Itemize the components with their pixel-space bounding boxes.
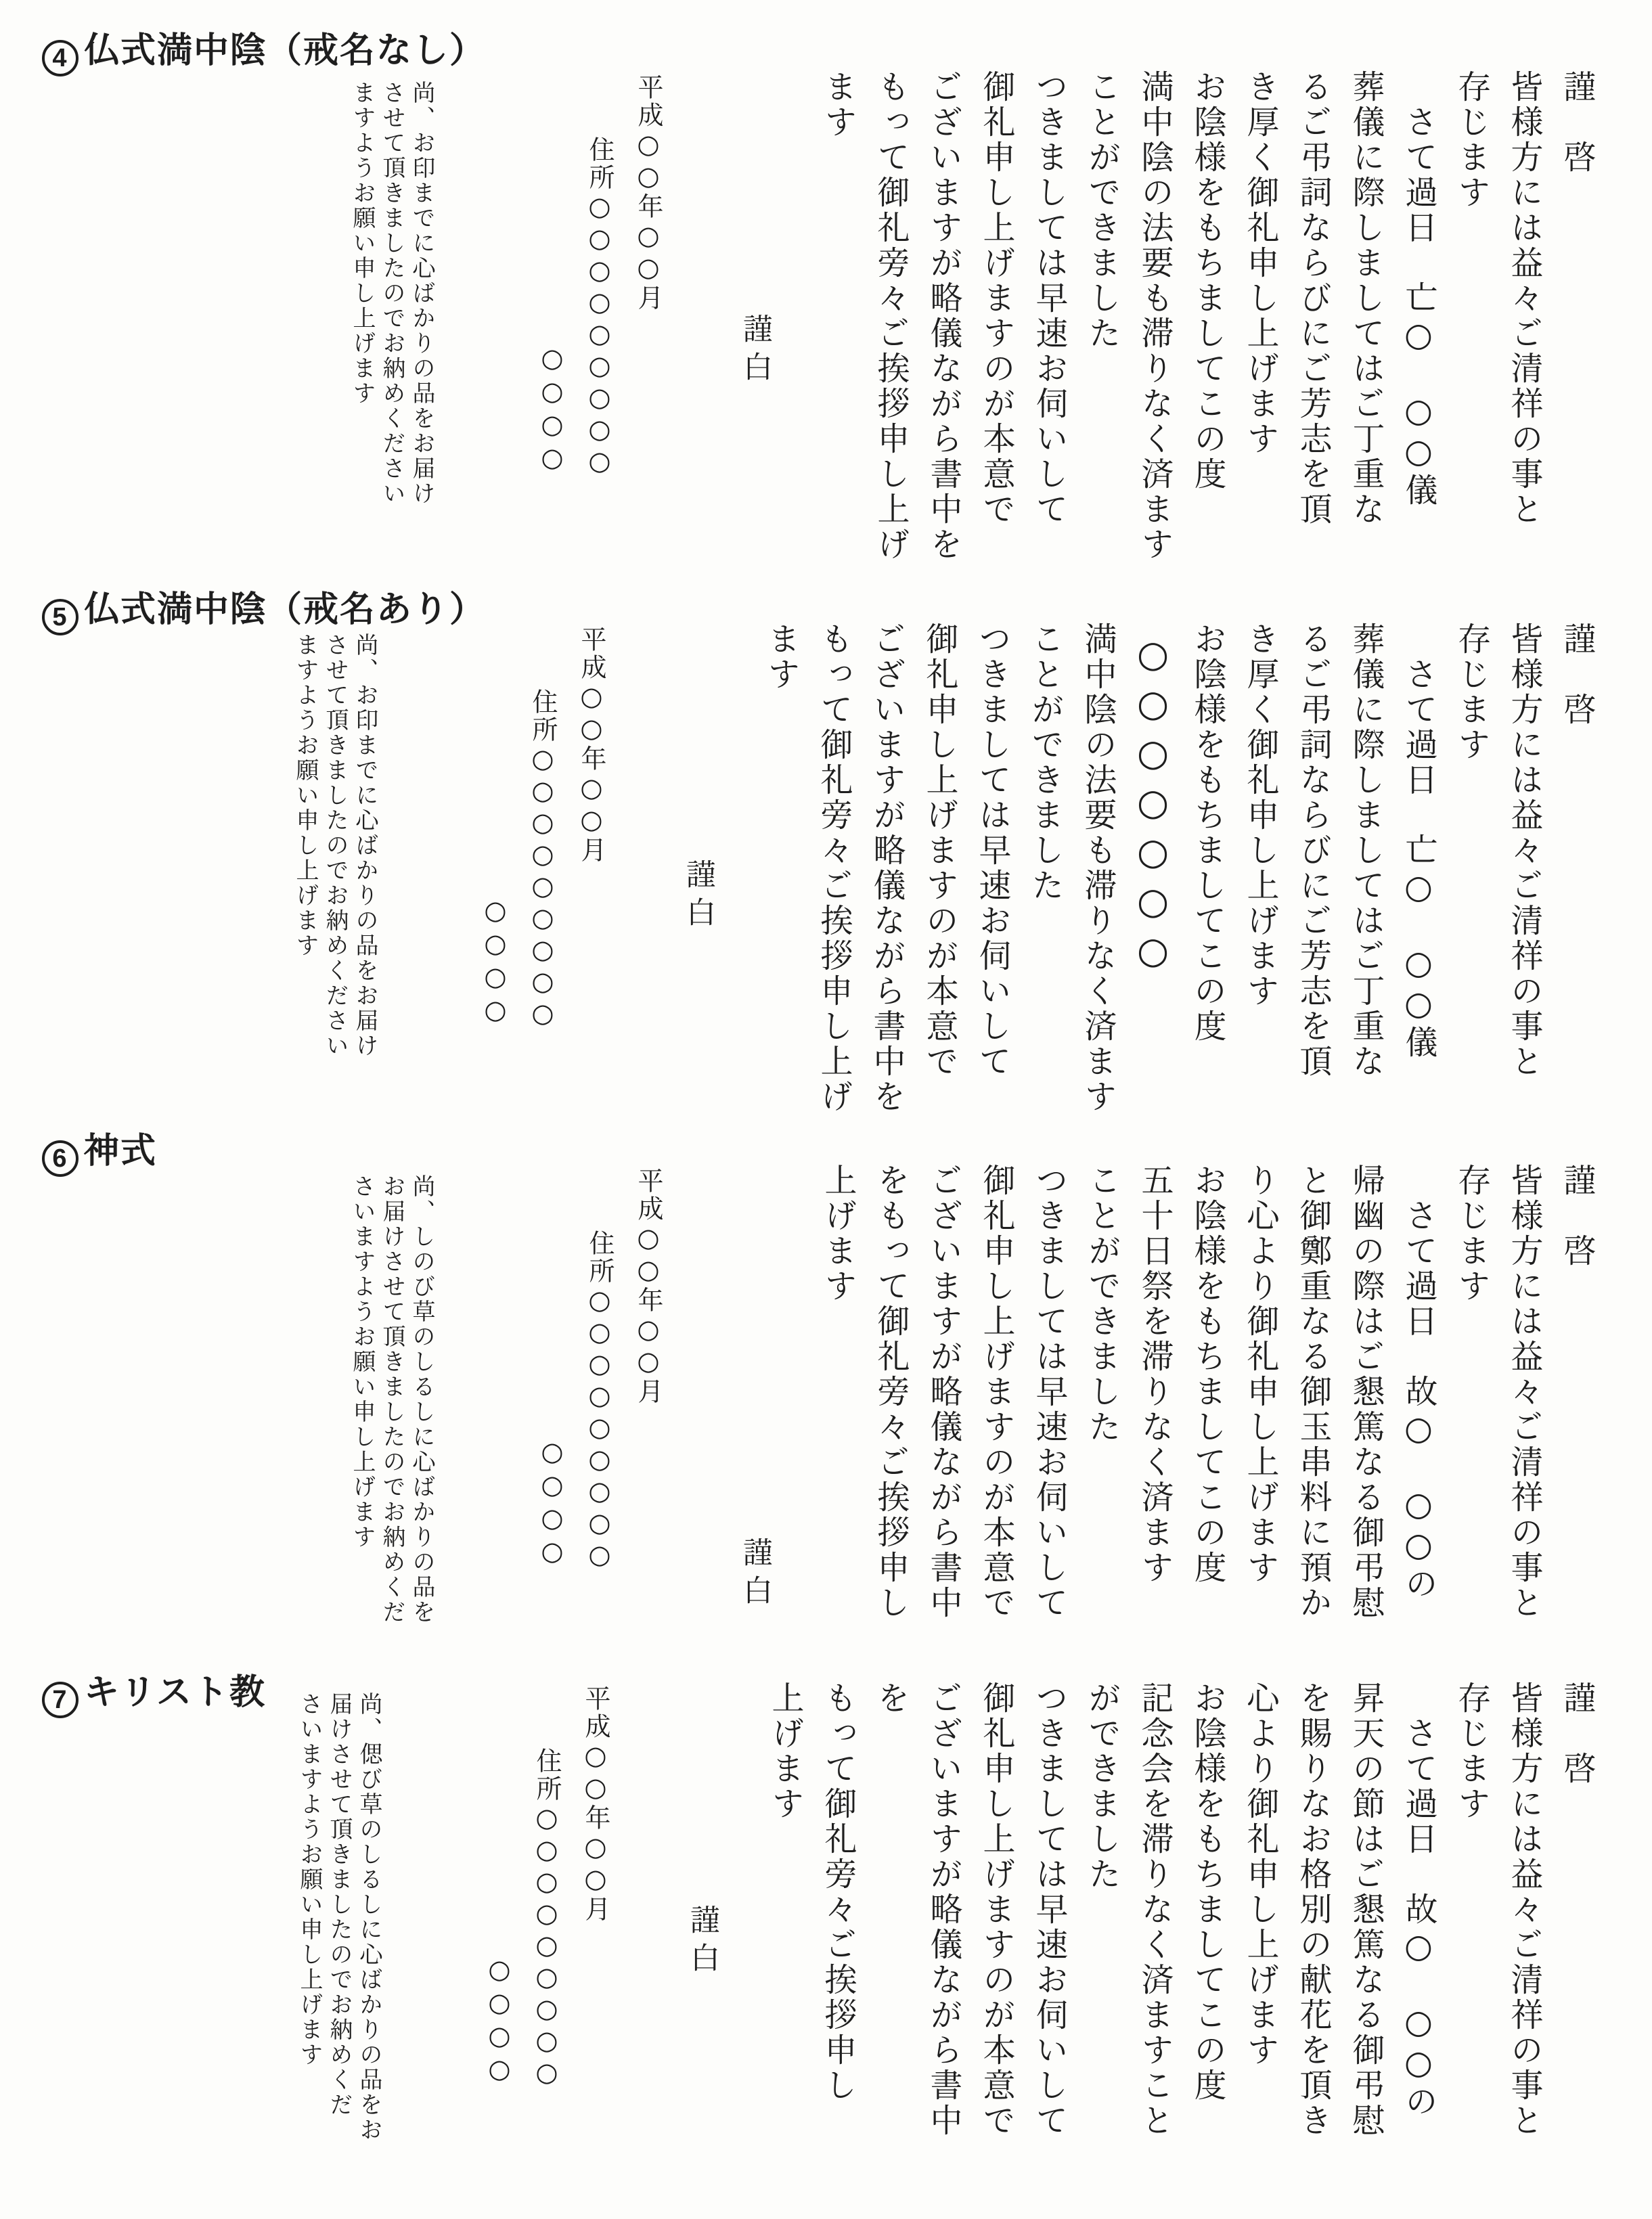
letter-column-body: をもって御礼旁々ご挨拶申し xyxy=(864,1163,917,1669)
section-number-circle-icon: 4 xyxy=(42,40,79,76)
letter-column-body: さて過日 亡○ ○○儀 xyxy=(1392,70,1445,576)
letter-column-body: と御鄭重なる御玉串料に預か xyxy=(1287,1163,1339,1669)
letter-column-body: 謹 啓 xyxy=(1550,1163,1603,1669)
letter-column-body: お陰様をもちましてこの度 xyxy=(1181,70,1234,576)
letter-column-body: ございますが略儀ながら書中を xyxy=(860,622,913,1128)
letter-column-body: 上げます xyxy=(759,1681,811,2202)
letter-column-body: お陰様をもちましてこの度 xyxy=(1181,622,1234,1128)
letter-column-note: さいますようお願い申し上げます xyxy=(294,1692,324,2202)
letter-column-body: ございますが略儀ながら書中 xyxy=(917,1163,970,1669)
letter-column-body: 存じます xyxy=(1445,1681,1498,2202)
letter-column-body: もって御礼旁々ご挨拶申し上げ xyxy=(864,70,917,576)
letter-column-note: ますようお願い申し上げます xyxy=(347,81,377,576)
letter-column-body: ことができました xyxy=(1019,622,1071,1128)
letter-column-body: もって御礼旁々ご挨拶申し上げ xyxy=(807,622,860,1128)
letter-column-date: 平成○○年○○月 xyxy=(629,1167,668,1669)
letter-column-body: お陰様をもちましてこの度 xyxy=(1181,1681,1234,2202)
letter-column-body: 存じます xyxy=(1445,70,1498,576)
letter-column-body: を xyxy=(864,1681,917,2202)
letter-column-body: 満中陰の法要も滞りなく済ます xyxy=(1071,622,1124,1128)
letter-column-body: 謹 啓 xyxy=(1550,70,1603,576)
section-number-circle-icon: 6 xyxy=(42,1140,79,1177)
letter-column-note: お届けさせて頂きましたのでお納めくだ xyxy=(377,1174,407,1669)
letter-column-note: ますようお願い申し上げます xyxy=(290,633,320,1128)
letter-column-body: き厚く御礼申し上げます xyxy=(1234,70,1287,576)
letter-column-body: さて過日 亡○ ○○儀 xyxy=(1392,622,1445,1128)
letter-column-body: き厚く御礼申し上げます xyxy=(1234,622,1287,1128)
letter-column-closing: 謹白 xyxy=(677,1904,726,2202)
letter-column-body: 心より御礼申し上げます xyxy=(1234,1681,1287,2202)
letter-column-body: 皆様方には益々ご清祥の事と xyxy=(1498,1681,1550,2202)
letter-column-body: 帰幽の際はご懇篤なる御弔慰 xyxy=(1339,1163,1392,1669)
letter-column-body: 五十日祭を滞りなく済ます xyxy=(1128,1163,1181,1669)
letter-column-body: つきましては早速お伺いして xyxy=(966,622,1019,1128)
letter-column-body: 皆様方には益々ご清祥の事と xyxy=(1498,1163,1550,1669)
section-title: 6神式 xyxy=(42,1122,157,1177)
letter-body: 謹 啓皆様方には益々ご清祥の事と存じます さて過日 故○ ○○の帰幽の際はご懇篤… xyxy=(347,1163,1603,1669)
letter-column-body: ことができました xyxy=(1075,1163,1128,1669)
letter-column-body: ます xyxy=(811,70,864,576)
letter-column-body: 御礼申し上げますのが本意で xyxy=(913,622,966,1128)
letter-column-addr: 住所○○○○○○○○○ xyxy=(523,688,562,1128)
letter-column-body: さて過日 故○ ○○の xyxy=(1392,1163,1445,1669)
letter-column-body: り心より御礼申し上げます xyxy=(1234,1163,1287,1669)
letter-column-body: 御礼申し上げますのが本意で xyxy=(970,1681,1023,2202)
letter-section: 6神式 謹 啓皆様方には益々ご清祥の事と存じます さて過日 故○ ○○の帰幽の際… xyxy=(0,1113,1652,1654)
letter-column-body: 存じます xyxy=(1445,1163,1498,1669)
letter-column-body: ができました xyxy=(1075,1681,1128,2202)
section-number-circle-icon: 5 xyxy=(42,599,79,635)
letter-section: 7キリスト教 謹 啓皆様方には益々ご清祥の事と存じます さて過日 故○ ○○の昇… xyxy=(0,1654,1652,2219)
letter-column-name: ○○○○ xyxy=(480,1954,519,2202)
letter-column-body: ます xyxy=(755,622,807,1128)
section-title: 4仏式満中陰（戒名なし） xyxy=(42,22,486,76)
letter-column-date: 平成○○年○○月 xyxy=(576,1685,615,2202)
letter-column-addr: 住所○○○○○○○○○ xyxy=(527,1747,566,2202)
letter-body: 謹 啓皆様方には益々ご清祥の事と存じます さて過日 故○ ○○の昇天の節はご懇篤… xyxy=(294,1681,1603,2202)
letter-column-body: るご弔詞ならびにご芳志を頂 xyxy=(1287,70,1339,576)
section-title-text: 仏式満中陰（戒名なし） xyxy=(84,31,486,70)
letter-column-closing: 謹白 xyxy=(673,859,722,1128)
letter-column-body: 御礼申し上げますのが本意で xyxy=(970,70,1023,576)
letter-column-addr: 住所○○○○○○○○○ xyxy=(580,136,619,576)
letter-column-note: 尚、お印までに心ばかりの品をお届け xyxy=(407,81,437,576)
letter-section: 5仏式満中陰（戒名あり） 謹 啓皆様方には益々ご清祥の事と存じます さて過日 亡… xyxy=(0,571,1652,1113)
letter-column-closing: 謹白 xyxy=(730,1537,779,1669)
letter-column-name: ○○○○ xyxy=(533,1437,572,1669)
scanned-document-page: 4仏式満中陰（戒名なし） 謹 啓皆様方には益々ご清祥の事と存じます さて過日 亡… xyxy=(0,0,1652,2219)
letter-column-note: させて頂きましたのでお納めください xyxy=(377,81,407,576)
section-title: 7キリスト教 xyxy=(42,1663,266,1718)
letter-column-body: ございますが略儀ながら書中を xyxy=(917,70,970,576)
letter-column-body: 葬儀に際しましてはご丁重な xyxy=(1339,622,1392,1128)
letter-column-body: つきましては早速お伺いして xyxy=(1023,1163,1075,1669)
letter-body: 謹 啓皆様方には益々ご清祥の事と存じます さて過日 亡○ ○○儀葬儀に際しまして… xyxy=(290,622,1603,1128)
letter-column-body: ございますが略儀ながら書中 xyxy=(917,1681,970,2202)
section-title-text: 神式 xyxy=(84,1131,157,1171)
letter-column-body: ことができました xyxy=(1075,70,1128,576)
letter-column-body: 存じます xyxy=(1445,622,1498,1128)
letter-section: 4仏式満中陰（戒名なし） 謹 啓皆様方には益々ご清祥の事と存じます さて過日 亡… xyxy=(0,12,1652,571)
letter-column-body: を賜りなお格別の献花を頂き xyxy=(1287,1681,1339,2202)
letter-column-note: 尚、しのび草のしるしに心ばかりの品を xyxy=(407,1174,437,1669)
letter-column-name: ○○○○ xyxy=(533,343,572,576)
letter-column-note: 届けさせて頂きましたのでお納めくだ xyxy=(324,1692,354,2202)
letter-column-date: 平成○○年○○月 xyxy=(629,74,668,576)
letter-column-body: 満中陰の法要も滞りなく済ます xyxy=(1128,70,1181,576)
letter-column-note: させて頂きましたのでお納めください xyxy=(320,633,350,1128)
letter-column-body: 昇天の節はご懇篤なる御弔慰 xyxy=(1339,1681,1392,2202)
letter-column-body: 皆様方には益々ご清祥の事と xyxy=(1498,622,1550,1128)
letter-column-note: さいますようお願い申し上げます xyxy=(347,1174,377,1669)
letter-body: 謹 啓皆様方には益々ご清祥の事と存じます さて過日 亡○ ○○儀葬儀に際しまして… xyxy=(347,70,1603,576)
letter-column-body: つきましては早速お伺いして xyxy=(1023,70,1075,576)
letter-column-note: 尚、偲び草のしるしに心ばかりの品をお xyxy=(354,1692,384,2202)
letter-column-body: 葬儀に際しましてはご丁重な xyxy=(1339,70,1392,576)
section-number-circle-icon: 7 xyxy=(42,1682,79,1718)
section-title-text: キリスト教 xyxy=(84,1673,266,1712)
letter-column-addr: 住所○○○○○○○○○ xyxy=(580,1230,619,1669)
letter-column-body: お陰様をもちましてこの度 xyxy=(1181,1163,1234,1669)
letter-column-date: 平成○○年○○月 xyxy=(572,626,611,1128)
letter-column-body: 皆様方には益々ご清祥の事と xyxy=(1498,70,1550,576)
letter-column-name: ○○○○ xyxy=(476,895,515,1128)
letter-column-body: さて過日 故○ ○○の xyxy=(1392,1681,1445,2202)
letter-column-body: るご弔詞ならびにご芳志を頂 xyxy=(1287,622,1339,1128)
letter-column-body: 上げます xyxy=(811,1163,864,1669)
letter-column-kaimyo: ○○○○○○○ xyxy=(1124,633,1181,1128)
letter-column-body: 記念会を滞りなく済ますこと xyxy=(1128,1681,1181,2202)
letter-column-body: 御礼申し上げますのが本意で xyxy=(970,1163,1023,1669)
letter-column-note: 尚、お印までに心ばかりの品をお届け xyxy=(350,633,380,1128)
letter-column-closing: 謹白 xyxy=(730,313,779,576)
letter-column-body: もって御礼旁々ご挨拶申し xyxy=(811,1681,864,2202)
letter-column-body: 謹 啓 xyxy=(1550,622,1603,1128)
letter-column-body: つきましては早速お伺いして xyxy=(1023,1681,1075,2202)
letter-column-body: 謹 啓 xyxy=(1550,1681,1603,2202)
